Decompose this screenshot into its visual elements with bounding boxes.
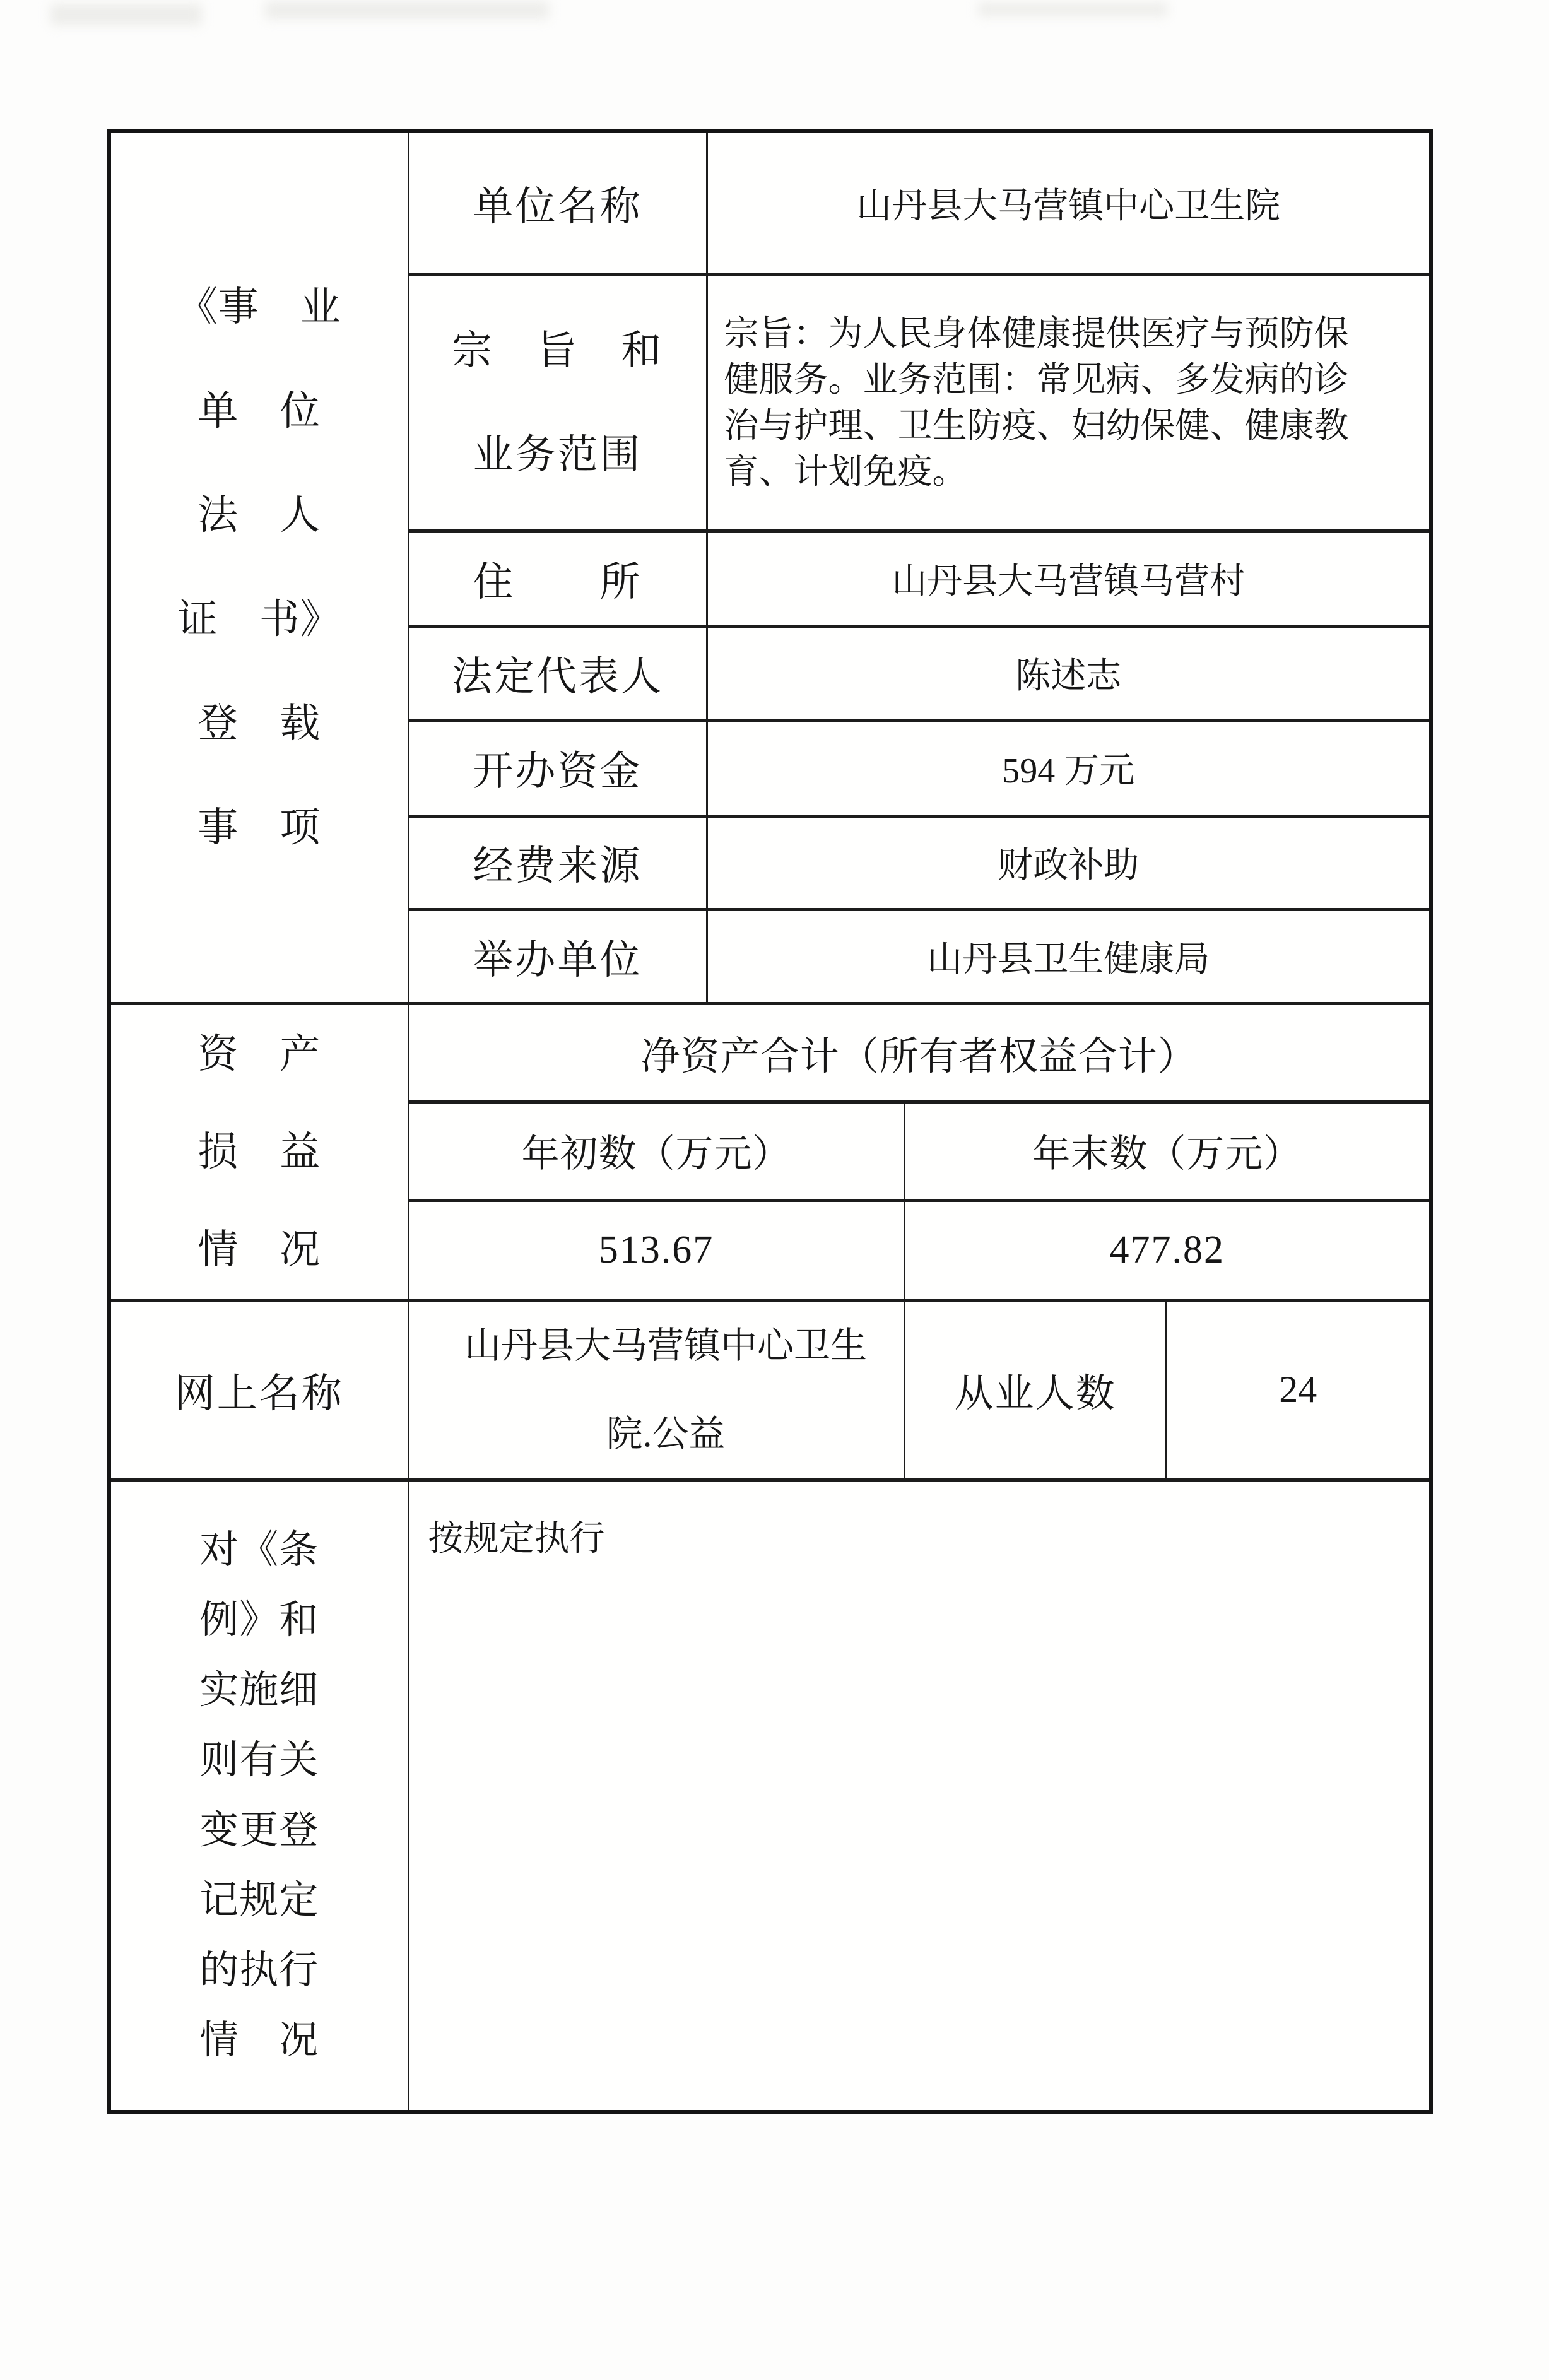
staff-count-value: 24 [1166,1300,1431,1480]
scan-smudge [265,1,549,19]
opening-funds-label: 开办资金 [408,720,707,816]
address-label: 住 所 [408,531,707,627]
compliance-section-label: 对《条 例》和 实施细 则有关 变更登 记规定 的执行 情 况 [109,1480,408,2112]
purpose-scope-label: 宗 旨 和 业务范围 [408,274,707,531]
assets-section-label: 资 产 损 益 情 况 [109,1003,408,1300]
beginning-of-year-value: 513.67 [408,1201,904,1300]
unit-name-value: 山丹县大马营镇中心卫生院 [707,131,1431,274]
staff-count-label: 从业人数 [904,1300,1166,1480]
net-assets-header: 净资产合计（所有者权益合计） [408,1003,1431,1102]
purpose-scope-value: 宗旨：为人民身体健康提供医疗与预防保 健服务。业务范围：常见病、多发病的诊 治与… [707,274,1431,531]
funding-source-label: 经费来源 [408,816,707,909]
address-value: 山丹县大马营镇马营村 [707,531,1431,627]
row-unit-name: 《事 业 单 位 法 人 证 书》 登 载 事 项 单位名称 山丹县大马营镇中心… [109,131,1431,274]
online-name-value: 山丹县大马营镇中心卫生 院.公益 [408,1300,904,1480]
beginning-of-year-label: 年初数（万元） [408,1102,904,1200]
opening-funds-value: 594 万元 [707,720,1431,816]
unit-name-label: 单位名称 [408,131,707,274]
scanned-report-page: 《事 业 单 位 法 人 证 书》 登 载 事 项 单位名称 山丹县大马营镇中心… [0,0,1549,2380]
scan-smudge [50,4,202,25]
sponsor-unit-value: 山丹县卫生健康局 [707,909,1431,1003]
compliance-value: 按规定执行 [408,1480,1431,2112]
legal-representative-value: 陈述志 [707,627,1431,720]
sponsor-unit-label: 举办单位 [408,909,707,1003]
end-of-year-label: 年末数（万元） [904,1102,1431,1200]
certificate-section-label: 《事 业 单 位 法 人 证 书》 登 载 事 项 [109,131,408,1003]
funding-source-value: 财政补助 [707,816,1431,909]
online-name-label: 网上名称 [109,1300,408,1480]
registration-items-table: 《事 业 单 位 法 人 证 书》 登 载 事 项 单位名称 山丹县大马营镇中心… [107,129,1433,2114]
end-of-year-value: 477.82 [904,1201,1431,1300]
row-net-assets-header: 资 产 损 益 情 况 净资产合计（所有者权益合计） [109,1003,1431,1102]
row-compliance: 对《条 例》和 实施细 则有关 变更登 记规定 的执行 情 况 按规定执行 [109,1480,1431,2112]
row-online-name: 网上名称 山丹县大马营镇中心卫生 院.公益 从业人数 24 [109,1300,1431,1480]
scan-smudge [978,3,1167,16]
legal-representative-label: 法定代表人 [408,627,707,720]
